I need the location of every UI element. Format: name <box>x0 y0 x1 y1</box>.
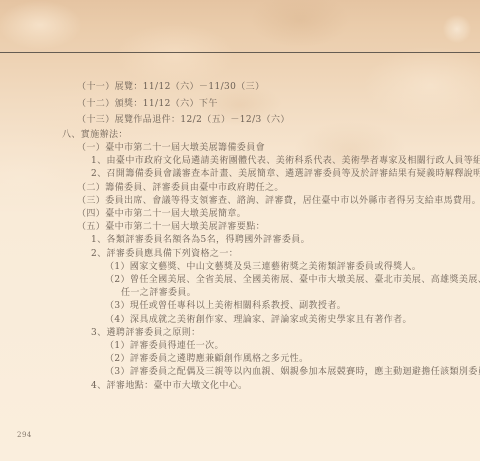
page-number: 294 <box>17 431 32 439</box>
text-line: （3）評審委員之配偶及三親等以內血親、姻親參加本展競賽時，應主動迴避擔任該類別委… <box>105 366 480 379</box>
text-line: （二）籌備委員、評審委員由臺中市政府聘任之。 <box>77 182 480 195</box>
text-line: 任一之評審委員。 <box>121 287 480 300</box>
text-line: （十一）展覽：11/12（六）－11/30（三） <box>77 79 480 96</box>
text-line: （4）深具成就之美術創作家、理論家、評論家或美術史學家且有著作者。 <box>105 314 480 327</box>
text-line: 4、評審地點：臺中市大墩文化中心。 <box>91 380 480 393</box>
text-line: （1）評審委員得連任一次。 <box>105 340 480 353</box>
text-line: （十三）展覽作品退件：12/2（五）－12/3（六） <box>77 112 480 129</box>
divider-line <box>0 52 480 53</box>
text-line: 2、召開籌備委員會議審查本計畫、美展簡章、遴選評審委員等及於評審結果有疑義時解釋… <box>91 168 480 181</box>
text-line: 1、各類評審委員名額各為5名，得聘國外評審委員。 <box>91 234 480 247</box>
text-line: （四）臺中市第二十一屆大墩美展簡章。 <box>77 208 480 221</box>
text-line: 1、由臺中市政府文化局遴請美術團體代表、美術科系代表、美術學者專家及相關行政人員… <box>91 155 480 168</box>
text-line: （2）曾任全國美展、全省美展、全國美術展、臺中市大墩美展、臺北市美展、高雄獎美展… <box>105 274 480 287</box>
text-line: （2）評審委員之遴聘應兼顧創作風格之多元性。 <box>105 353 480 366</box>
text-line: （五）臺中市第二十一屆大墩美展評審要點： <box>77 221 480 234</box>
text-line: 2、評審委員應具備下列資格之一： <box>91 248 480 261</box>
text-line: 八、實施辦法： <box>62 129 480 142</box>
text-line: （一）臺中市第二十一屆大墩美展籌備委員會 <box>77 142 480 155</box>
text-line: 3、遴聘評審委員之原則： <box>91 327 480 340</box>
text-line: （三）委員出席、會議等得支領審查、諮詢、評審費，居住臺中市以外縣市者得另支給車馬… <box>77 195 480 208</box>
text-line: （3）現任或曾任專科以上美術相關科系教授、副教授者。 <box>105 300 480 313</box>
text-line: （十二）頒獎：11/12（六）下午 <box>77 96 480 113</box>
document-page: （十一）展覽：11/12（六）－11/30（三）（十二）頒獎：11/12（六）下… <box>0 0 480 461</box>
text-line: （1）國家文藝獎、中山文藝獎及吳三連藝術獎之美術類評審委員或得獎人。 <box>105 261 480 274</box>
document-lines: （十一）展覽：11/12（六）－11/30（三）（十二）頒獎：11/12（六）下… <box>0 79 480 393</box>
